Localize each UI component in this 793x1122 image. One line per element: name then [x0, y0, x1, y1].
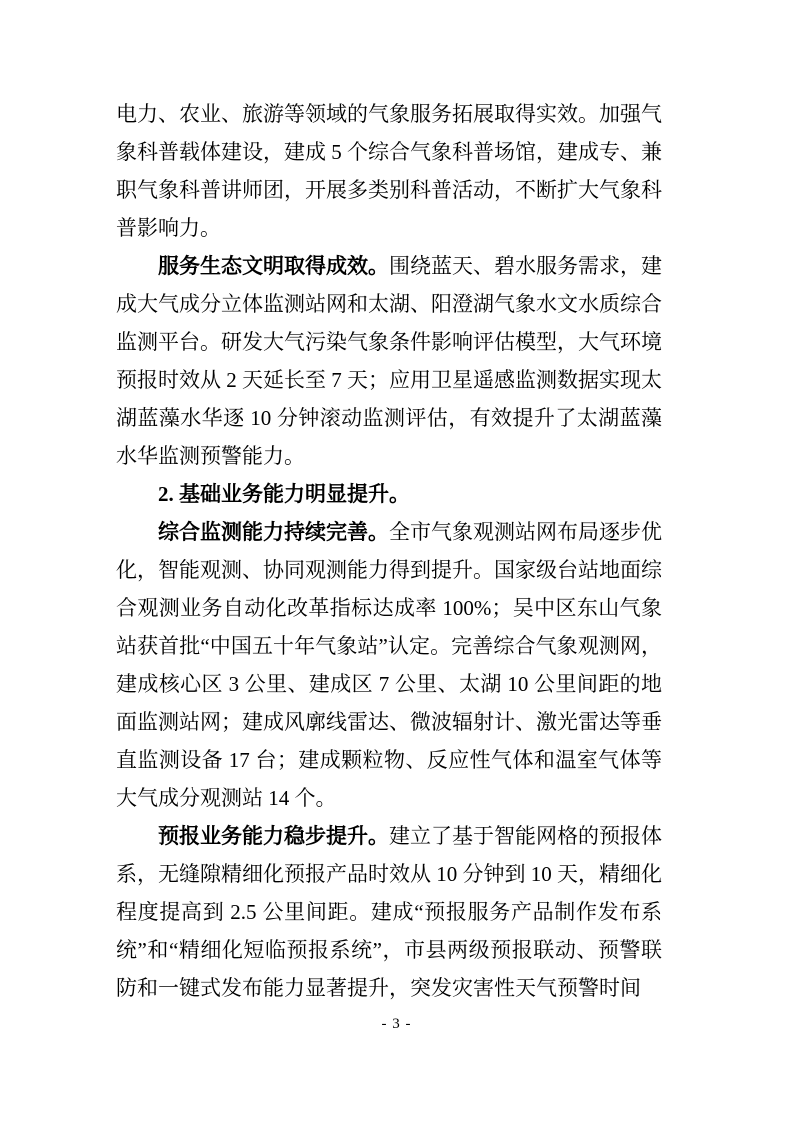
paragraph-text: 全市气象观测站网布局逐步优化，智能观测、协同观测能力得到提升。国家级台站地面综合…: [116, 520, 662, 810]
paragraph-text: 建立了基于智能网格的预报体系，无缝隙精细化预报产品时效从 10 分钟到 10 天…: [116, 824, 662, 1000]
paragraph-lead-bold: 综合监测能力持续完善。: [158, 520, 389, 544]
page-number: - 3 -: [382, 1016, 412, 1032]
paragraph-lead-bold: 服务生态文明取得成效。: [158, 254, 389, 278]
paragraph-text: 围绕蓝天、碧水服务需求，建成大气成分立体监测站网和太湖、阳澄湖气象水文水质综合监…: [116, 254, 662, 468]
page-footer: - 3 -: [0, 1012, 793, 1036]
paragraph-ecology-services: 服务生态文明取得成效。围绕蓝天、碧水服务需求，建成大气成分立体监测站网和太湖、阳…: [116, 247, 662, 475]
section-heading-2: 2. 基础业务能力明显提升。: [116, 475, 662, 513]
paragraph-forecast-capability: 预报业务能力稳步提升。建立了基于智能网格的预报体系，无缝隙精细化预报产品时效从 …: [116, 817, 662, 1007]
paragraph-lead-bold: 预报业务能力稳步提升。: [158, 824, 389, 848]
paragraph-text: 电力、农业、旅游等领域的气象服务拓展取得实效。加强气象科普载体建设，建成 5 个…: [116, 102, 662, 240]
document-body: 电力、农业、旅游等领域的气象服务拓展取得实效。加强气象科普载体建设，建成 5 个…: [116, 95, 662, 1007]
paragraph-continuation: 电力、农业、旅游等领域的气象服务拓展取得实效。加强气象科普载体建设，建成 5 个…: [116, 95, 662, 247]
paragraph-monitoring-capability: 综合监测能力持续完善。全市气象观测站网布局逐步优化，智能观测、协同观测能力得到提…: [116, 513, 662, 817]
document-page: 电力、农业、旅游等领域的气象服务拓展取得实效。加强气象科普载体建设，建成 5 个…: [0, 0, 793, 1122]
section-heading-text: 2. 基础业务能力明显提升。: [158, 482, 410, 506]
